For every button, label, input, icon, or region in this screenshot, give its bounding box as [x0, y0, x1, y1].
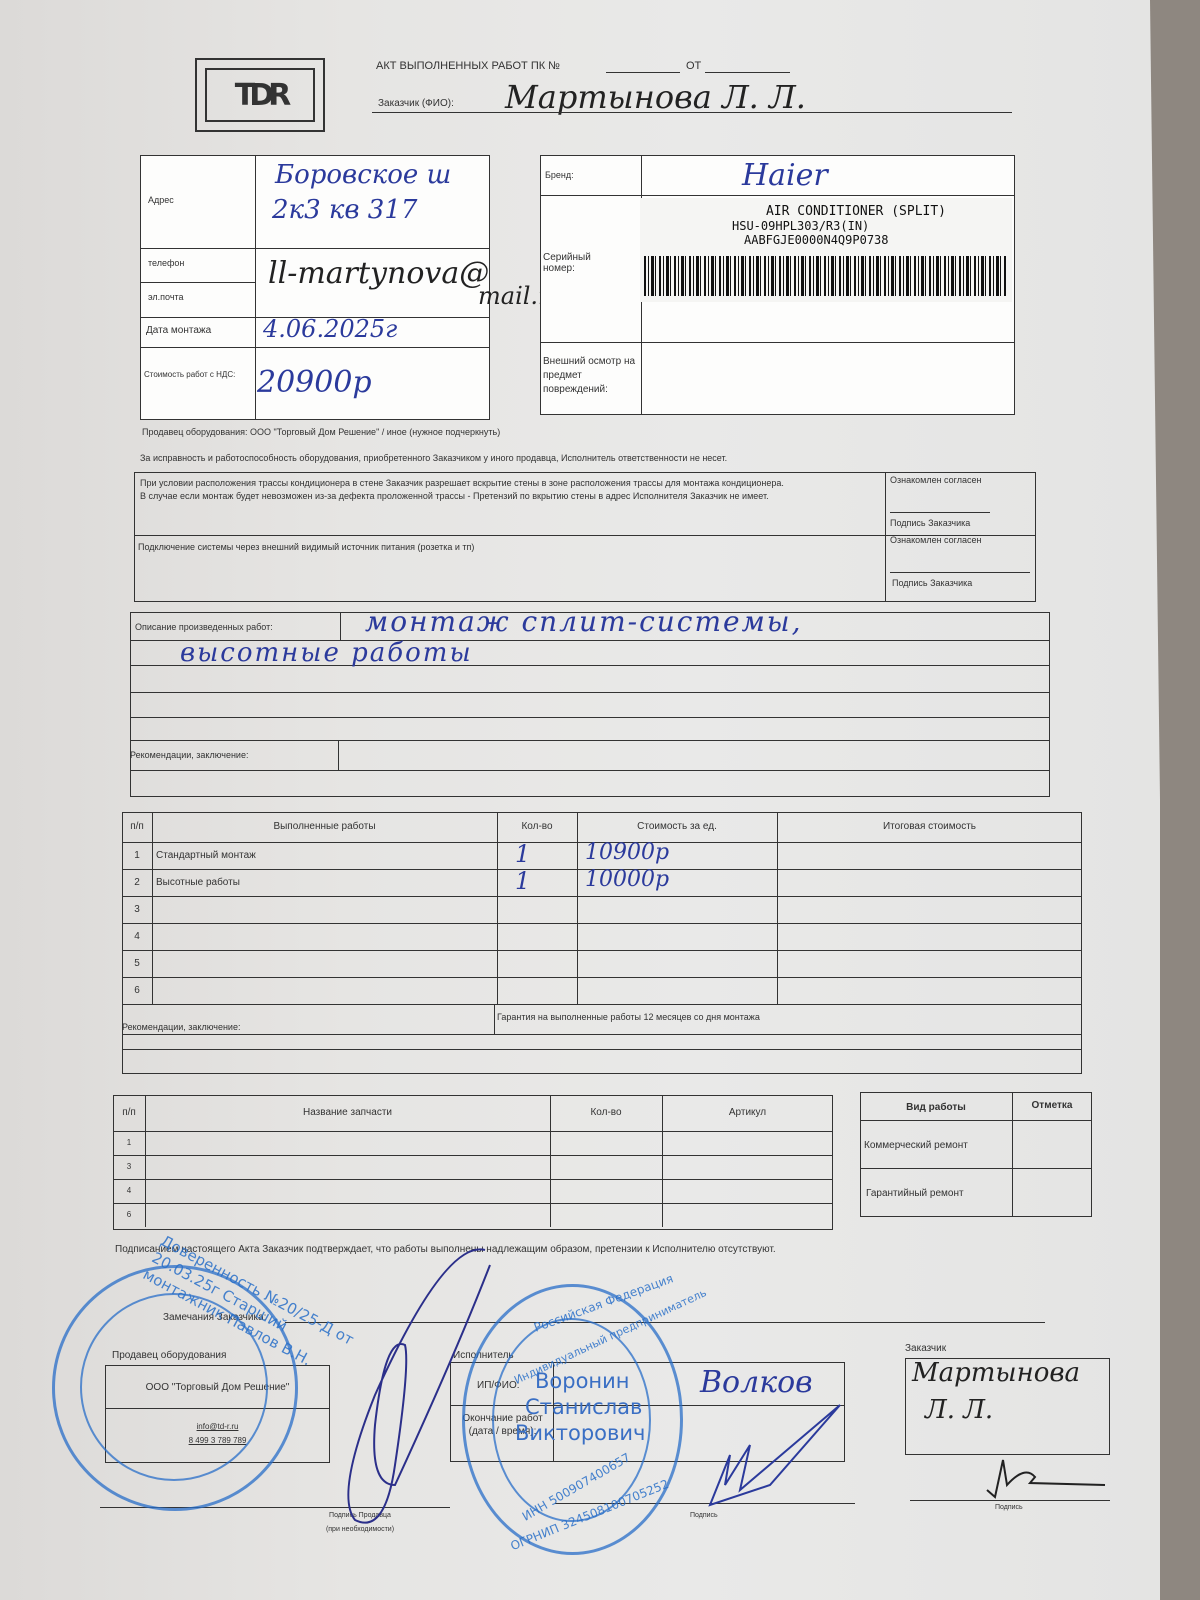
works-row-price[interactable]: 10000р [585, 867, 669, 892]
works-row-qty[interactable]: 1 [515, 840, 530, 868]
contractor-signature [690, 1395, 850, 1515]
works-row-number: 4 [122, 931, 152, 942]
recommendations-label-2: Рекомендации, заключение: [122, 1022, 240, 1032]
parts-row-number: 4 [113, 1186, 145, 1195]
works-row-name[interactable]: Стандартный монтаж [156, 850, 256, 861]
serial-label: Серийный номер: [543, 252, 613, 274]
works-row-number: 5 [122, 958, 152, 969]
customer-signature [985, 1455, 1115, 1500]
works-header-1: Выполненные работы [152, 821, 497, 832]
email-value-line1[interactable]: ll-martynova@ [268, 256, 489, 291]
phone-label: телефон [148, 258, 184, 268]
works-row-number: 2 [122, 877, 152, 888]
install-date-value[interactable]: 4.06.2025г [263, 315, 397, 343]
barcode [644, 256, 1008, 296]
repair-type-header: Вид работы [860, 1102, 1012, 1113]
work-description-line1[interactable]: монтаж сплит-системы, [365, 605, 803, 638]
recommendations-label-1: Рекомендации, заключение: [130, 750, 248, 760]
sticker-product: AIR CONDITIONER (SPLIT) [640, 204, 1012, 219]
warranty-text: Гарантия на выполненные работы 12 месяце… [497, 1012, 760, 1022]
repair-warranty[interactable]: Гарантийный ремонт [866, 1188, 964, 1199]
acknowledged-2: Ознакомлен согласен [890, 535, 982, 545]
works-header-0: п/п [122, 821, 152, 832]
customer-box-name-line1[interactable]: Мартынова [912, 1358, 1080, 1388]
liability-notice: За исправность и работоспособность обору… [140, 453, 727, 463]
parts-header-2: Кол-во [550, 1107, 662, 1118]
address-label: Адрес [148, 195, 174, 205]
company-logo: TDR [195, 58, 325, 132]
parts-header-0: п/п [113, 1107, 145, 1118]
repair-mark-header: Отметка [1012, 1100, 1092, 1111]
works-row-price[interactable]: 10900р [585, 840, 669, 865]
address-line1[interactable]: Боровское ш [275, 160, 451, 190]
install-date-label: Дата монтажа [146, 325, 211, 336]
email-label: эл.почта [148, 292, 184, 302]
wall-opening-text: При условии расположения трассы кондицио… [140, 477, 840, 503]
parts-header-1: Название запчасти [145, 1107, 550, 1118]
works-header-3: Стоимость за ед. [577, 821, 777, 832]
sticker-model: HSU-09HPL303/R3(IN) [640, 219, 1012, 233]
parts-row-number: 1 [113, 1138, 145, 1147]
cost-value[interactable]: 20900р [257, 365, 372, 400]
document-title: АКТ ВЫПОЛНЕННЫХ РАБОТ ПК № [376, 60, 560, 72]
customer-name[interactable]: Мартынова Л. Л. [505, 78, 806, 116]
works-row-qty[interactable]: 1 [515, 867, 530, 895]
seller-notice: Продавец оборудования: ООО "Торговый Дом… [142, 427, 500, 437]
serial-sticker: AIR CONDITIONER (SPLIT) HSU-09HPL303/R3(… [640, 198, 1012, 302]
date-from-label: ОТ [686, 60, 701, 72]
works-header-2: Кол-во [497, 821, 577, 832]
works-row-name[interactable]: Высотные работы [156, 877, 240, 888]
acknowledged-1: Ознакомлен согласен [890, 475, 982, 485]
address-line2[interactable]: 2к3 кв 317 [272, 195, 417, 225]
parts-row-number: 3 [113, 1162, 145, 1171]
works-header-4: Итоговая стоимость [777, 821, 1082, 832]
parts-row-number: 6 [113, 1210, 145, 1219]
parts-header-3: Артикул [662, 1107, 833, 1118]
customer-block-label: Заказчик [905, 1343, 946, 1354]
work-description-label: Описание произведенных работ: [135, 622, 273, 632]
works-row-number: 3 [122, 904, 152, 915]
repair-commercial[interactable]: Коммерческий ремонт [864, 1140, 968, 1151]
cost-label: Стоимость работ с НДС: [144, 370, 244, 379]
works-row-number: 1 [122, 850, 152, 861]
works-row-number: 6 [122, 985, 152, 996]
customer-signature-2[interactable]: Подпись Заказчика [892, 578, 972, 588]
sticker-serial: AABFGJE0000N4Q9P0738 [640, 233, 1012, 247]
brand-label: Бренд: [545, 170, 574, 180]
customer-label: Заказчик (ФИО): [378, 98, 454, 109]
customer-signature-caption: Подпись [995, 1504, 1023, 1511]
document-page: TDR АКТ ВЫПОЛНЕННЫХ РАБОТ ПК № ОТ Заказч… [0, 0, 1160, 1600]
customer-signature-1[interactable]: Подпись Заказчика [890, 518, 970, 528]
power-connection-text: Подключение системы через внешний видимы… [138, 542, 474, 552]
customer-box-name-line2[interactable]: Л. Л. [925, 1395, 993, 1425]
brand-value[interactable]: Haier [742, 158, 828, 193]
inspection-label: Внешний осмотр на предмет повреждений: [543, 355, 638, 397]
work-description-line2[interactable]: высотные работы [180, 638, 473, 668]
